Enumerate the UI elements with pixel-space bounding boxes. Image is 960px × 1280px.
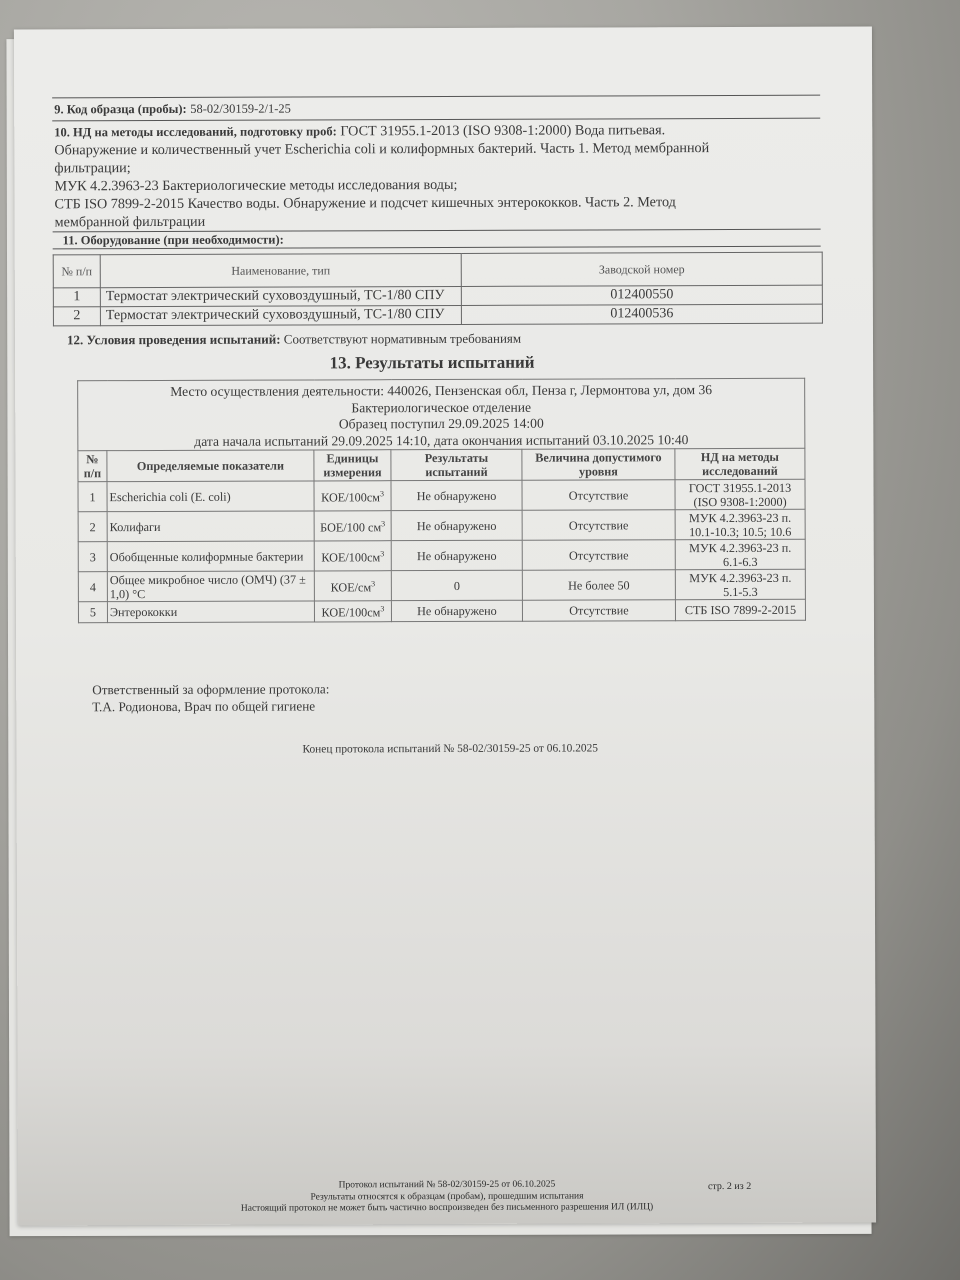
section-12-conditions: 12. Условия проведения испытаний: Соотве…	[67, 330, 821, 349]
results-table: Место осуществления деятельности: 440026…	[77, 378, 806, 624]
results-table-header: № п/п Определяемые показатели Единицы из…	[78, 448, 805, 482]
header-name: Наименование, тип	[100, 253, 461, 287]
result-indicator: Колифаги	[107, 511, 314, 542]
header-method: НД на методы исследований	[675, 448, 805, 479]
result-row: 4 Общее микробное число (ОМЧ) (37 ± 1,0)…	[78, 569, 805, 602]
result-limit: Не более 50	[522, 570, 675, 601]
section-12-label: 12. Условия проведения испытаний:	[67, 332, 281, 348]
results-place-info: Место осуществления деятельности: 440026…	[78, 378, 805, 451]
section-9-sample-code: 9. Код образца (пробы): 58-02/30159-2/1-…	[52, 96, 820, 121]
equipment-row: 2 Термостат электрический суховоздушный,…	[53, 304, 822, 326]
section-12-value: Соответствуют нормативным требованиям	[284, 331, 521, 347]
section-10-label: 10. НД на методы исследований, подготовк…	[54, 124, 337, 139]
result-method: МУК 4.2.3963-23 п. 6.1-6.3	[675, 539, 805, 569]
result-num: 2	[78, 512, 107, 542]
result-row: 3 Обобщенные колиформные бактерии КОЕ/10…	[78, 539, 805, 572]
result-unit: КОЕ/100см3	[314, 481, 391, 511]
result-indicator: Обобщенные колиформные бактерии	[107, 541, 314, 572]
header-num: № п/п	[78, 451, 107, 482]
result-limit: Отсутствие	[522, 600, 675, 622]
result-value: Не обнаружено	[391, 510, 522, 540]
method-line: ГОСТ 31955.1-2013 (ISO 9308-1:2000) Вода…	[340, 122, 665, 139]
section-13-title: 13. Результаты испытаний	[43, 352, 821, 375]
result-unit: КОЕ/100см3	[314, 601, 391, 622]
result-num: 4	[78, 572, 107, 602]
page-content: 9. Код образца (пробы): 58-02/30159-2/1-…	[52, 95, 822, 757]
footer-line: Настоящий протокол не может быть частичн…	[18, 1201, 876, 1215]
result-num: 3	[78, 542, 107, 572]
result-method: МУК 4.2.3963-23 п. 10.1-10.3; 10.5; 10.6	[675, 509, 805, 539]
result-value: Не обнаружено	[391, 600, 522, 621]
result-indicator: Escherichia coli (E. coli)	[107, 481, 314, 512]
equipment-serial: 012400536	[461, 304, 822, 324]
responsible-signoff: Ответственный за оформление протокола: Т…	[92, 679, 822, 716]
result-method: ГОСТ 31955.1-2013 (ISO 9308-1:2000)	[675, 479, 805, 509]
section-10-methods: 10. НД на методы исследований, подготовк…	[52, 119, 820, 232]
header-serial: Заводской номер	[461, 252, 822, 286]
header-num: № п/п	[53, 255, 100, 288]
result-unit: КОЕ/100см3	[314, 541, 391, 571]
protocol-end-line: Конец протокола испытаний № 58-02/30159-…	[302, 742, 822, 756]
result-row: 5 Энтерококки КОЕ/100см3 Не обнаружено О…	[78, 599, 805, 623]
signoff-person: Т.А. Родионова, Врач по общей гигиене	[92, 696, 822, 716]
protocol-page: 9. Код образца (пробы): 58-02/30159-2/1-…	[14, 27, 876, 1226]
place-line: дата начала испытаний 29.09.2025 14:10, …	[78, 431, 804, 450]
result-num: 5	[78, 602, 107, 623]
result-method: СТБ ISO 7899-2-2015	[675, 599, 805, 620]
header-limit: Величина допустимого уровня	[522, 449, 675, 481]
equipment-table: № п/п Наименование, тип Заводской номер …	[53, 252, 823, 327]
header-result: Результаты испытаний	[391, 449, 522, 480]
equipment-name: Термостат электрический суховоздушный, Т…	[100, 286, 461, 306]
equipment-table-header: № п/п Наименование, тип Заводской номер	[53, 252, 822, 288]
section-9-value: 58-02/30159-2/1-25	[190, 102, 291, 116]
result-indicator: Общее микробное число (ОМЧ) (37 ± 1,0) °…	[107, 571, 314, 602]
equipment-num: 2	[53, 307, 100, 326]
result-num: 1	[78, 482, 107, 512]
result-unit: КОЕ/см3	[314, 571, 391, 601]
section-9-label: 9. Код образца (пробы):	[54, 102, 187, 116]
result-unit: БОЕ/100 см3	[314, 511, 391, 541]
equipment-name: Термостат электрический суховоздушный, Т…	[100, 305, 461, 325]
result-indicator: Энтерококки	[107, 601, 314, 623]
result-value: Не обнаружено	[391, 480, 522, 510]
equipment-num: 1	[53, 288, 100, 307]
place-line: Место осуществления деятельности: 440026…	[78, 382, 804, 401]
result-row: 2 Колифаги БОЕ/100 см3 Не обнаружено Отс…	[78, 509, 805, 542]
page-footer: Протокол испытаний № 58-02/30159-25 от 0…	[18, 1178, 876, 1215]
result-limit: Отсутствие	[522, 510, 675, 541]
result-method: МУК 4.2.3963-23 п. 5.1-5.3	[675, 569, 805, 599]
result-row: 1 Escherichia coli (E. coli) КОЕ/100см3 …	[78, 479, 805, 512]
header-indicator: Определяемые показатели	[107, 450, 314, 482]
result-value: Не обнаружено	[391, 540, 522, 570]
result-limit: Отсутствие	[522, 480, 675, 511]
result-limit: Отсутствие	[522, 540, 675, 571]
method-line: Обнаружение и количественный учет Escher…	[54, 139, 820, 160]
equipment-serial: 012400550	[461, 285, 822, 305]
header-unit: Единицы измерения	[314, 450, 391, 481]
result-value: 0	[391, 570, 522, 600]
